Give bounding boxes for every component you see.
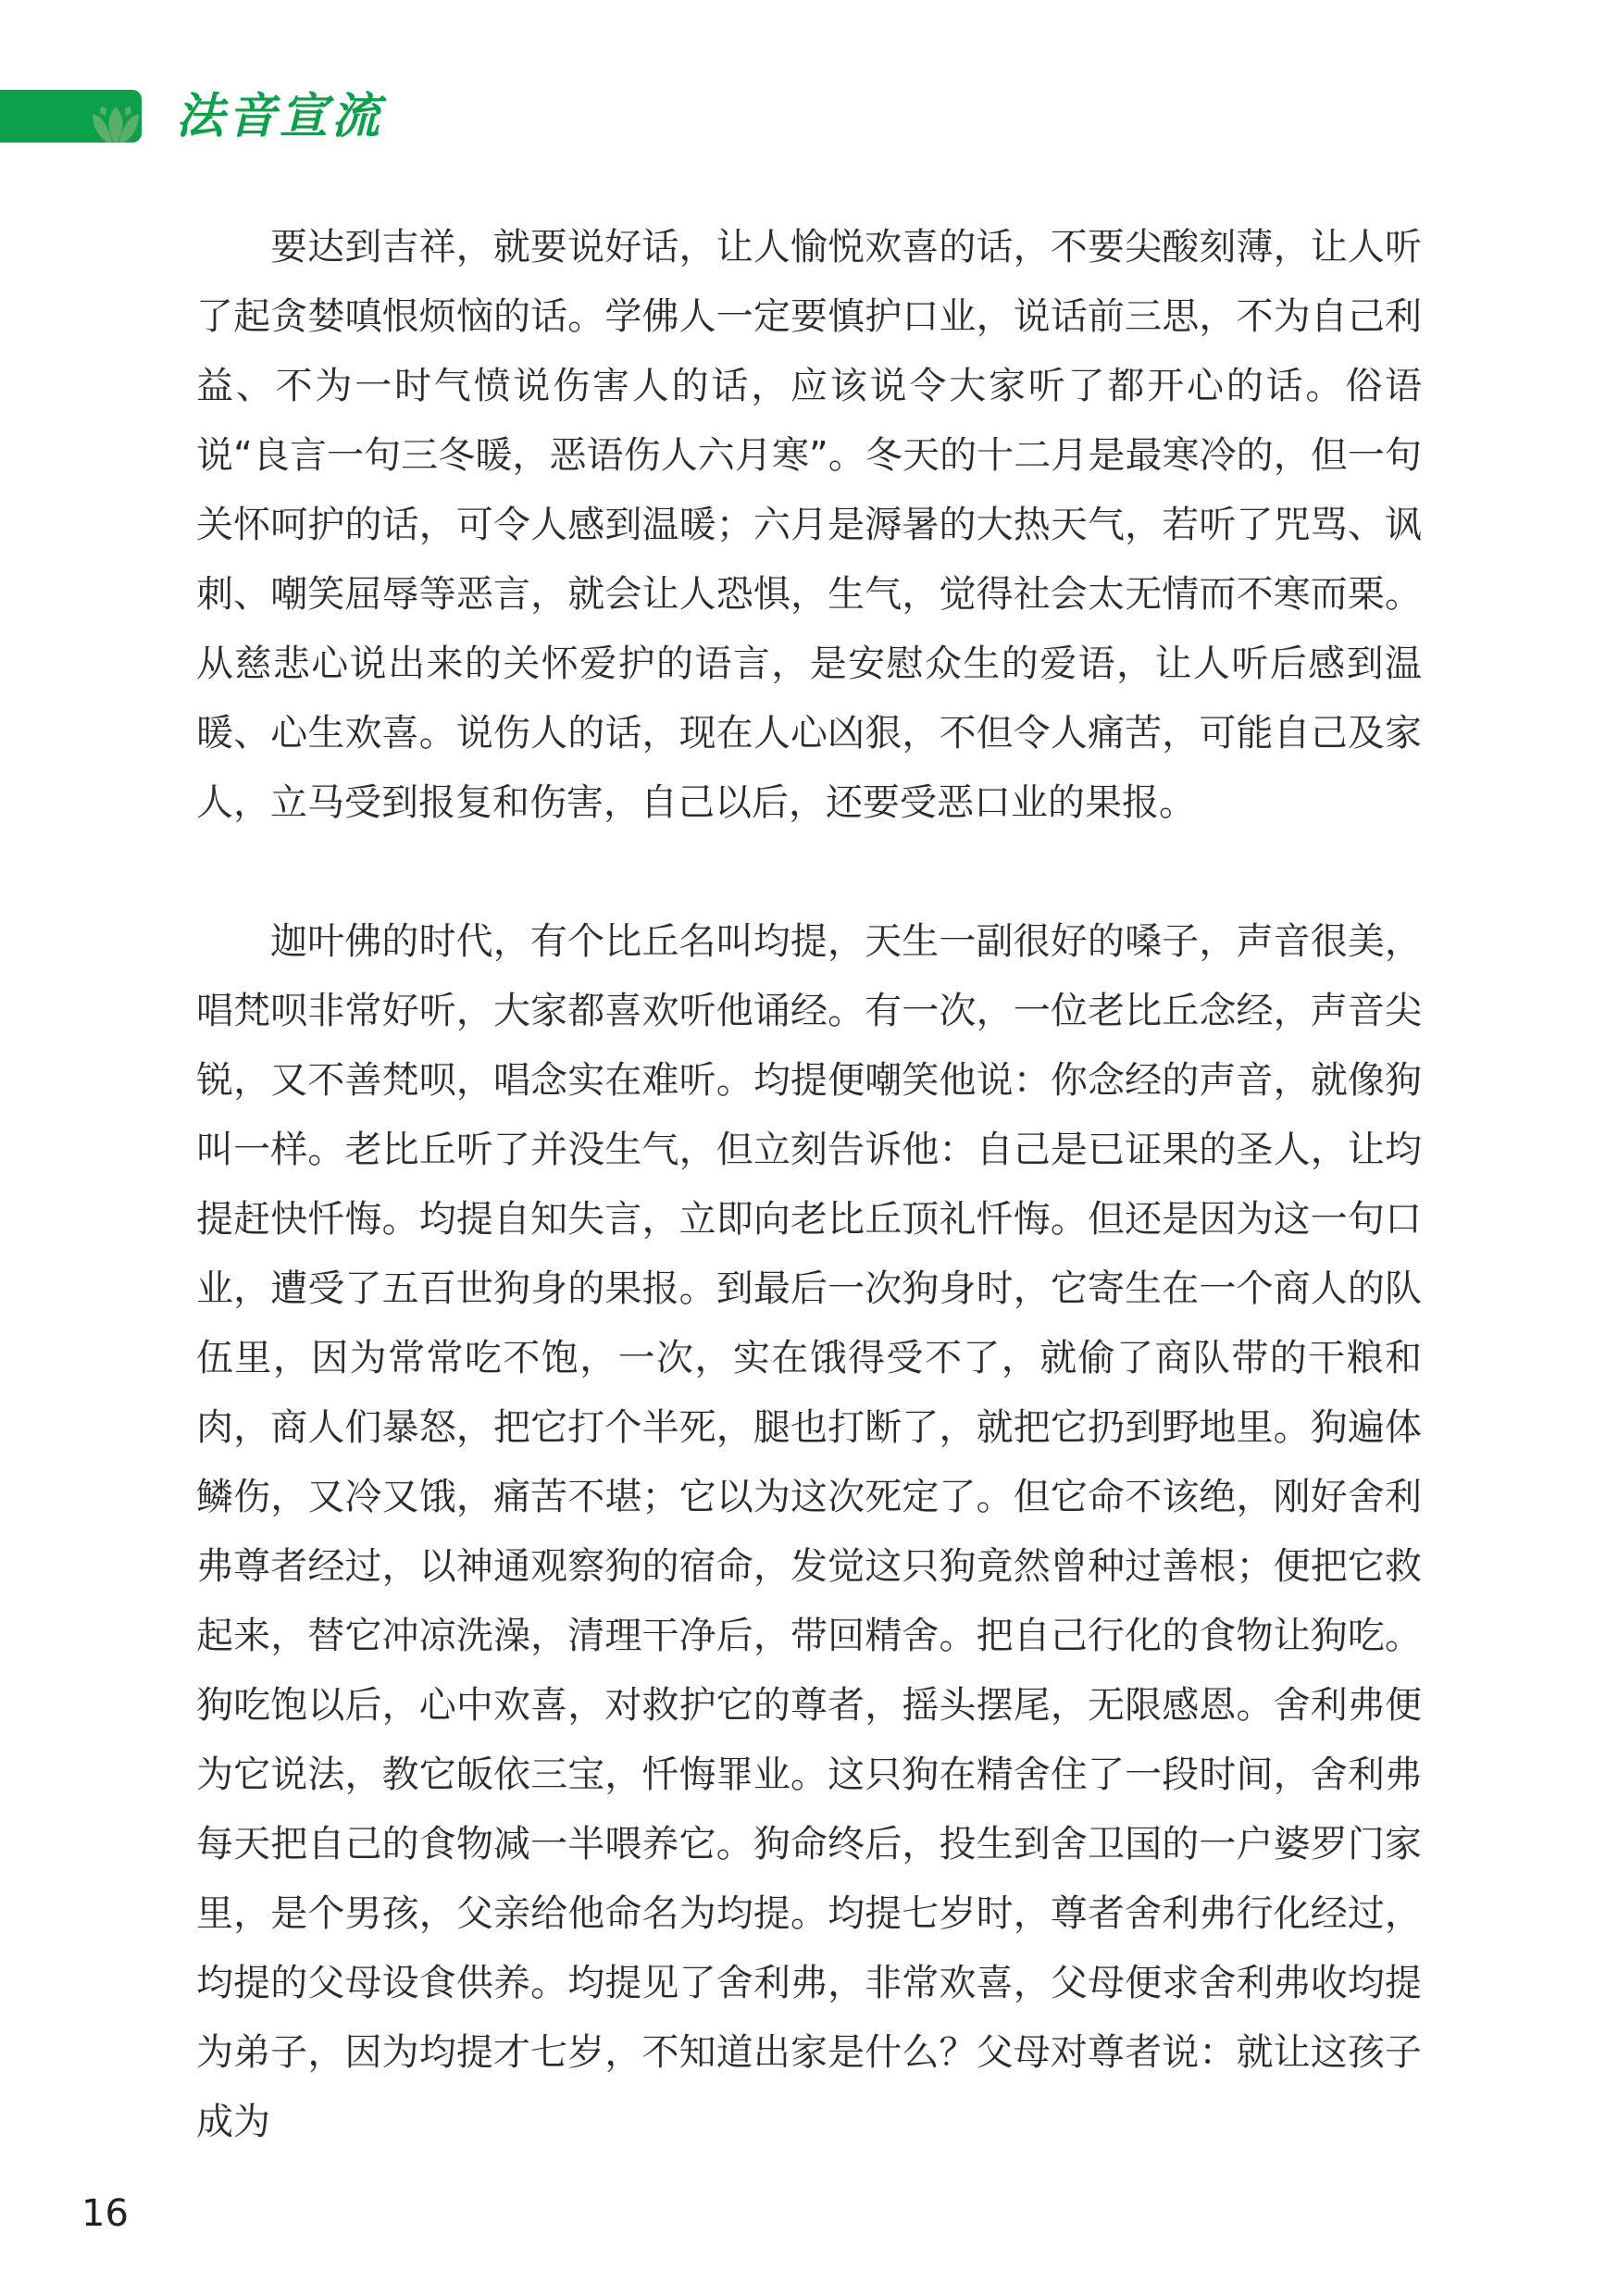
article-body: 要达到吉祥，就要说好话，让人愉悦欢喜的话，不要尖酸刻薄，让人听了起贪婪嗔恨烦恼的… <box>196 213 1422 2157</box>
section-title: 法音宣流 <box>176 89 383 144</box>
paragraph: 迦叶佛的时代，有个比丘名叫均提，天生一副很好的嗓子，声音很美，唱梵呗非常好听，大… <box>196 907 1422 2157</box>
section-header-bar <box>0 90 142 143</box>
paragraph: 要达到吉祥，就要说好话，让人愉悦欢喜的话，不要尖酸刻薄，让人听了起贪婪嗔恨烦恼的… <box>196 213 1422 838</box>
lotus-icon <box>89 103 142 143</box>
page-number: 16 <box>81 2192 129 2235</box>
